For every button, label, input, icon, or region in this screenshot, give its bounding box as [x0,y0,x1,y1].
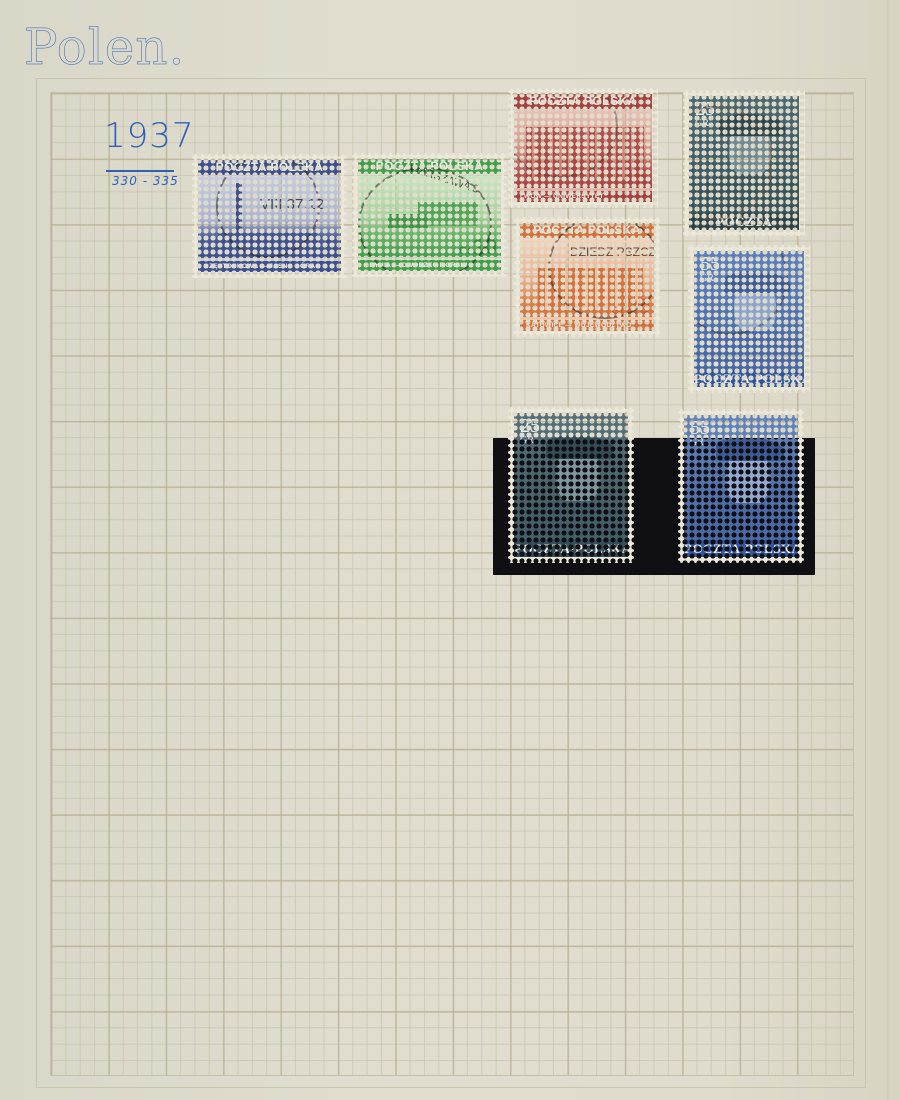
stamp-value: 25GR [520,417,540,447]
catalog-range: 330 - 335 [112,174,179,188]
stamp-banner: POCZTA·POLSKA [514,540,628,557]
stamp-banner: POCZTA·POLSKA [684,540,798,557]
stamp-banner: POCZTA POLSKA [689,213,799,230]
stamp-value: Gr10 [459,236,497,262]
stamp-value: Gr5 [311,237,337,263]
stamp-rydz-25-mint[interactable]: 25GR POCZTA·POLSKA [508,407,634,563]
postmark-text: DZIEDZ PSZCZ... 7.I.38 [570,245,654,259]
stamp-rydz-55-mint[interactable]: 55GR POCZTA·POLSKA [678,409,804,563]
stamp-banner: POCZTA·POLSKA [694,370,804,387]
postmark-text: VIII 37.12 [260,196,324,213]
stamp-rydz-25-used[interactable]: 25GR. POCZTA POLSKA [683,90,805,236]
page-edge [887,0,889,1100]
stamp-katowice[interactable]: POCZTA POLSKA KATOWICE — WOJEWÓDZTWO Gr2… [514,217,660,337]
stamp-value: Gr20 [612,296,650,322]
album-page: Polen. 1937 330 - 335 POCZTA POLSKA CZĘS… [0,0,900,1100]
stamp-value: 25GR. [695,100,715,130]
stamp-lwow[interactable]: POCZTA POLSKA LWÓW — UNIWERSYTET Gr15 [508,88,658,208]
stamp-value: 55GR. [700,255,720,285]
stamp-banner: POCZTA POLSKA [514,94,652,109]
stamp-czestochowa[interactable]: POCZTA POLSKA CZĘSTOCHOWA — JASNA GÓRA G… [192,154,347,278]
stamp-banner: POCZTA POLSKA [198,160,341,175]
stamp-value: 55GR [690,419,710,449]
year-label: 1937 [104,116,195,156]
stamp-rydz-55-used[interactable]: 55GR. POCZTA·POLSKA [688,245,810,393]
stamp-gdynia[interactable]: POCZTA POLSKA GDYNIA — DWORZEC MORSKI Gr… [352,153,507,277]
country-heading: Polen. [24,18,185,76]
year-underline [106,170,174,172]
stamp-banner: POCZTA POLSKA [520,223,654,238]
stamp-value: Gr15 [610,167,648,193]
